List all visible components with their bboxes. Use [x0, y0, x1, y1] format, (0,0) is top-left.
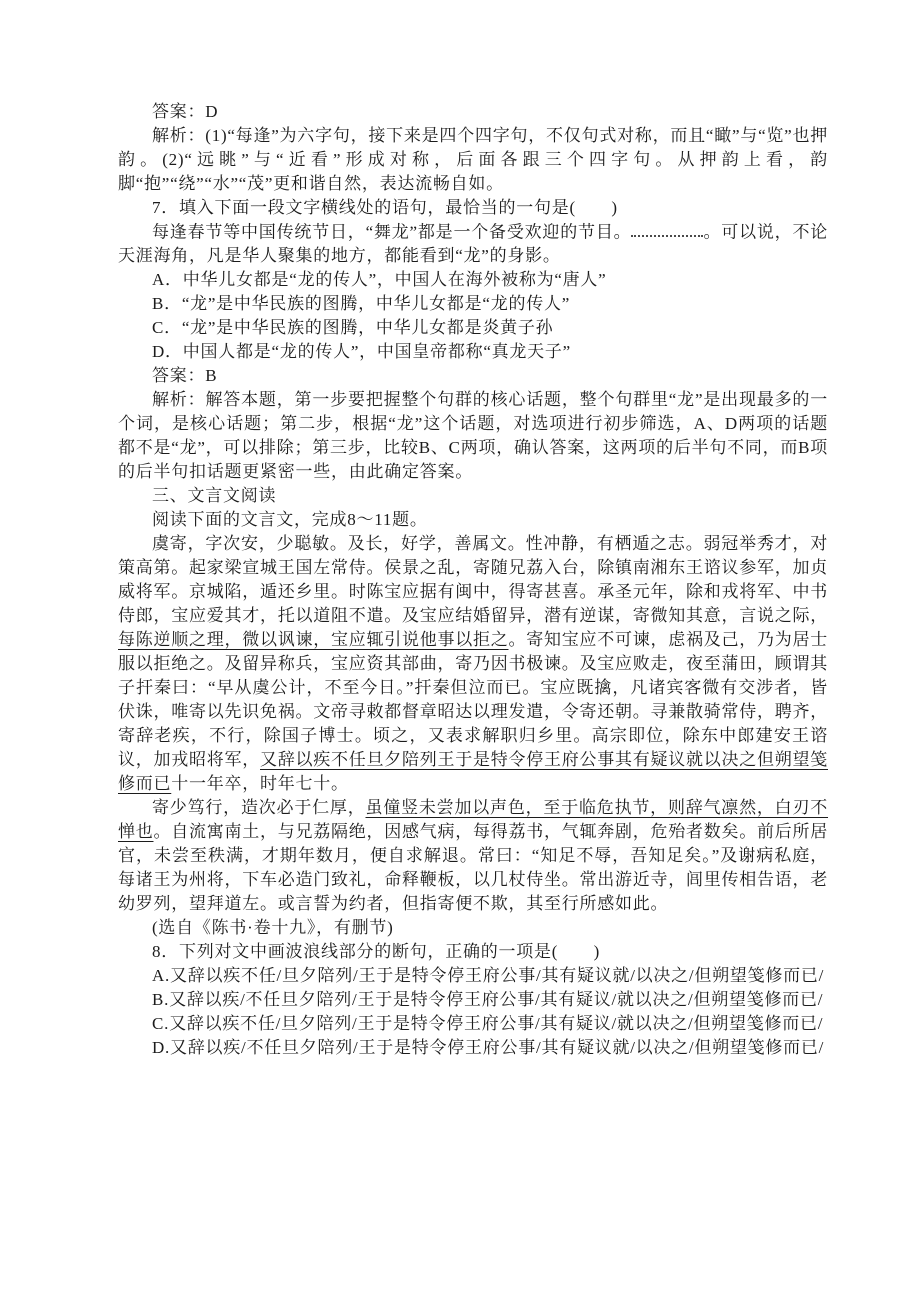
paragraph-passage: 虞寄，字次安，少聪敏。及长，好学，善属文。性冲静，有栖遁之志。弱冠举秀才，对策高…	[118, 532, 828, 796]
text-run: 十一年卒，时年七十。	[171, 774, 349, 793]
document-page: 答案：D解析：(1)“每逢”为六字句，接下来是四个四字句，不仅句式对称，而且“瞰…	[0, 0, 920, 1302]
paragraph-option-b: B.又辞以疾/不任旦夕陪列/王于是特令停王府公事/其有疑议/就以决之/但朔望笺修…	[118, 988, 828, 1012]
paragraph-question-stem: 8．下列对文中画波浪线部分的断句，正确的一项是( )	[118, 940, 828, 964]
text-run: A．中华儿女都是“龙的传人”，中国人在海外被称为“唐人”	[152, 270, 606, 289]
text-run: C．“龙”是中华民族的图腾，中华儿女都是炎黄子孙	[152, 318, 553, 337]
text-run: 7．填入下面一段文字横线处的语句，最恰当的一句是( )	[152, 198, 618, 217]
paragraph-source: (选自《陈书·卷十九》，有删节)	[118, 916, 828, 940]
text-run: 。自流寓南土，与兄荔隔绝，因感气病，每得荔书，气辄奔剧，危殆者数矣。前后所居官，…	[118, 822, 828, 913]
text-run: C.又辞以疾不任/旦夕陪列/王于是特令停王府公事/其有疑议/就以决之/但朔望笺修…	[152, 1014, 823, 1033]
underlined-passage: 每陈逆顺之理，微以讽谏，宝应辄引说他事以拒之	[118, 630, 509, 649]
text-run: D．中国人都是“龙的传人”，中国皇帝都称“真龙天子”	[152, 342, 571, 361]
text-run: D.又辞以疾/不任旦夕陪列/王于是特令停王府公事/其有疑议就/以决之/但朔望笺修…	[152, 1038, 824, 1057]
text-run: 答案：B	[152, 366, 217, 385]
paragraph-section-heading: 三、文言文阅读	[118, 484, 828, 508]
text-run: A.又辞以疾不任/旦夕陪列/王于是特令停王府公事/其有疑议就/以决之/但朔望笺修…	[152, 966, 824, 985]
document-content: 答案：D解析：(1)“每逢”为六字句，接下来是四个四字句，不仅句式对称，而且“瞰…	[118, 100, 828, 1060]
text-run: (选自《陈书·卷十九》，有删节)	[152, 918, 393, 937]
fill-in-blank-line	[631, 220, 703, 237]
paragraph-passage: 寄少笃行，造次必于仁厚，虽僮竖未尝加以声色，至于临危执节，则辞气凛然，白刃不惮也…	[118, 796, 828, 916]
text-run: 答案：D	[152, 102, 218, 121]
text-run: 解析：解答本题，第一步要把握整个句群的核心话题，整个句群里“龙”是出现最多的一个…	[118, 390, 828, 481]
paragraph-option-a: A．中华儿女都是“龙的传人”，中国人在海外被称为“唐人”	[118, 268, 828, 292]
text-run: 虞寄，字次安，少聪敏。及长，好学，善属文。性冲静，有栖遁之志。弱冠举秀才，对策高…	[118, 534, 828, 625]
paragraph-analysis: 解析：解答本题，第一步要把握整个句群的核心话题，整个句群里“龙”是出现最多的一个…	[118, 388, 828, 484]
paragraph-option-c: C.又辞以疾不任/旦夕陪列/王于是特令停王府公事/其有疑议/就以决之/但朔望笺修…	[118, 1012, 828, 1036]
paragraph-option-c: C．“龙”是中华民族的图腾，中华儿女都是炎黄子孙	[118, 316, 828, 340]
paragraph-answer: 答案：B	[118, 364, 828, 388]
paragraph-option-b: B．“龙”是中华民族的图腾，中华儿女都是“龙的传人”	[118, 292, 828, 316]
text-run: 8．下列对文中画波浪线部分的断句，正确的一项是( )	[152, 942, 600, 961]
text-run: 。寄知宝应不可谏，虑祸及己，乃为居士服以拒绝之。及留异称兵，宝应资其部曲，寄乃因…	[118, 630, 828, 769]
text-run: 解析：(1)“每逢”为六字句，接下来是四个四字句，不仅句式对称，而且“瞰”与“览…	[118, 126, 828, 193]
text-run: 阅读下面的文言文，完成8～11题。	[152, 510, 428, 529]
text-run: 三、文言文阅读	[152, 486, 276, 505]
paragraph-option-d: D.又辞以疾/不任旦夕陪列/王于是特令停王府公事/其有疑议就/以决之/但朔望笺修…	[118, 1036, 828, 1060]
paragraph-analysis: 解析：(1)“每逢”为六字句，接下来是四个四字句，不仅句式对称，而且“瞰”与“览…	[118, 124, 828, 196]
text-run: 寄少笃行，造次必于仁厚，	[152, 798, 366, 817]
paragraph-instruction: 阅读下面的文言文，完成8～11题。	[118, 508, 828, 532]
paragraph-question-text: 每逢春节等中国传统节日，“舞龙”都是一个备受欢迎的节目。。可以说，不论天涯海角，…	[118, 220, 828, 268]
paragraph-answer: 答案：D	[118, 100, 828, 124]
paragraph-option-a: A.又辞以疾不任/旦夕陪列/王于是特令停王府公事/其有疑议就/以决之/但朔望笺修…	[118, 964, 828, 988]
text-run: B．“龙”是中华民族的图腾，中华儿女都是“龙的传人”	[152, 294, 570, 313]
text-run: 每逢春节等中国传统节日，“舞龙”都是一个备受欢迎的节目。	[152, 222, 631, 241]
paragraph-option-d: D．中国人都是“龙的传人”，中国皇帝都称“真龙天子”	[118, 340, 828, 364]
paragraph-question-stem: 7．填入下面一段文字横线处的语句，最恰当的一句是( )	[118, 196, 828, 220]
text-run: B.又辞以疾/不任旦夕陪列/王于是特令停王府公事/其有疑议/就以决之/但朔望笺修…	[152, 990, 823, 1009]
